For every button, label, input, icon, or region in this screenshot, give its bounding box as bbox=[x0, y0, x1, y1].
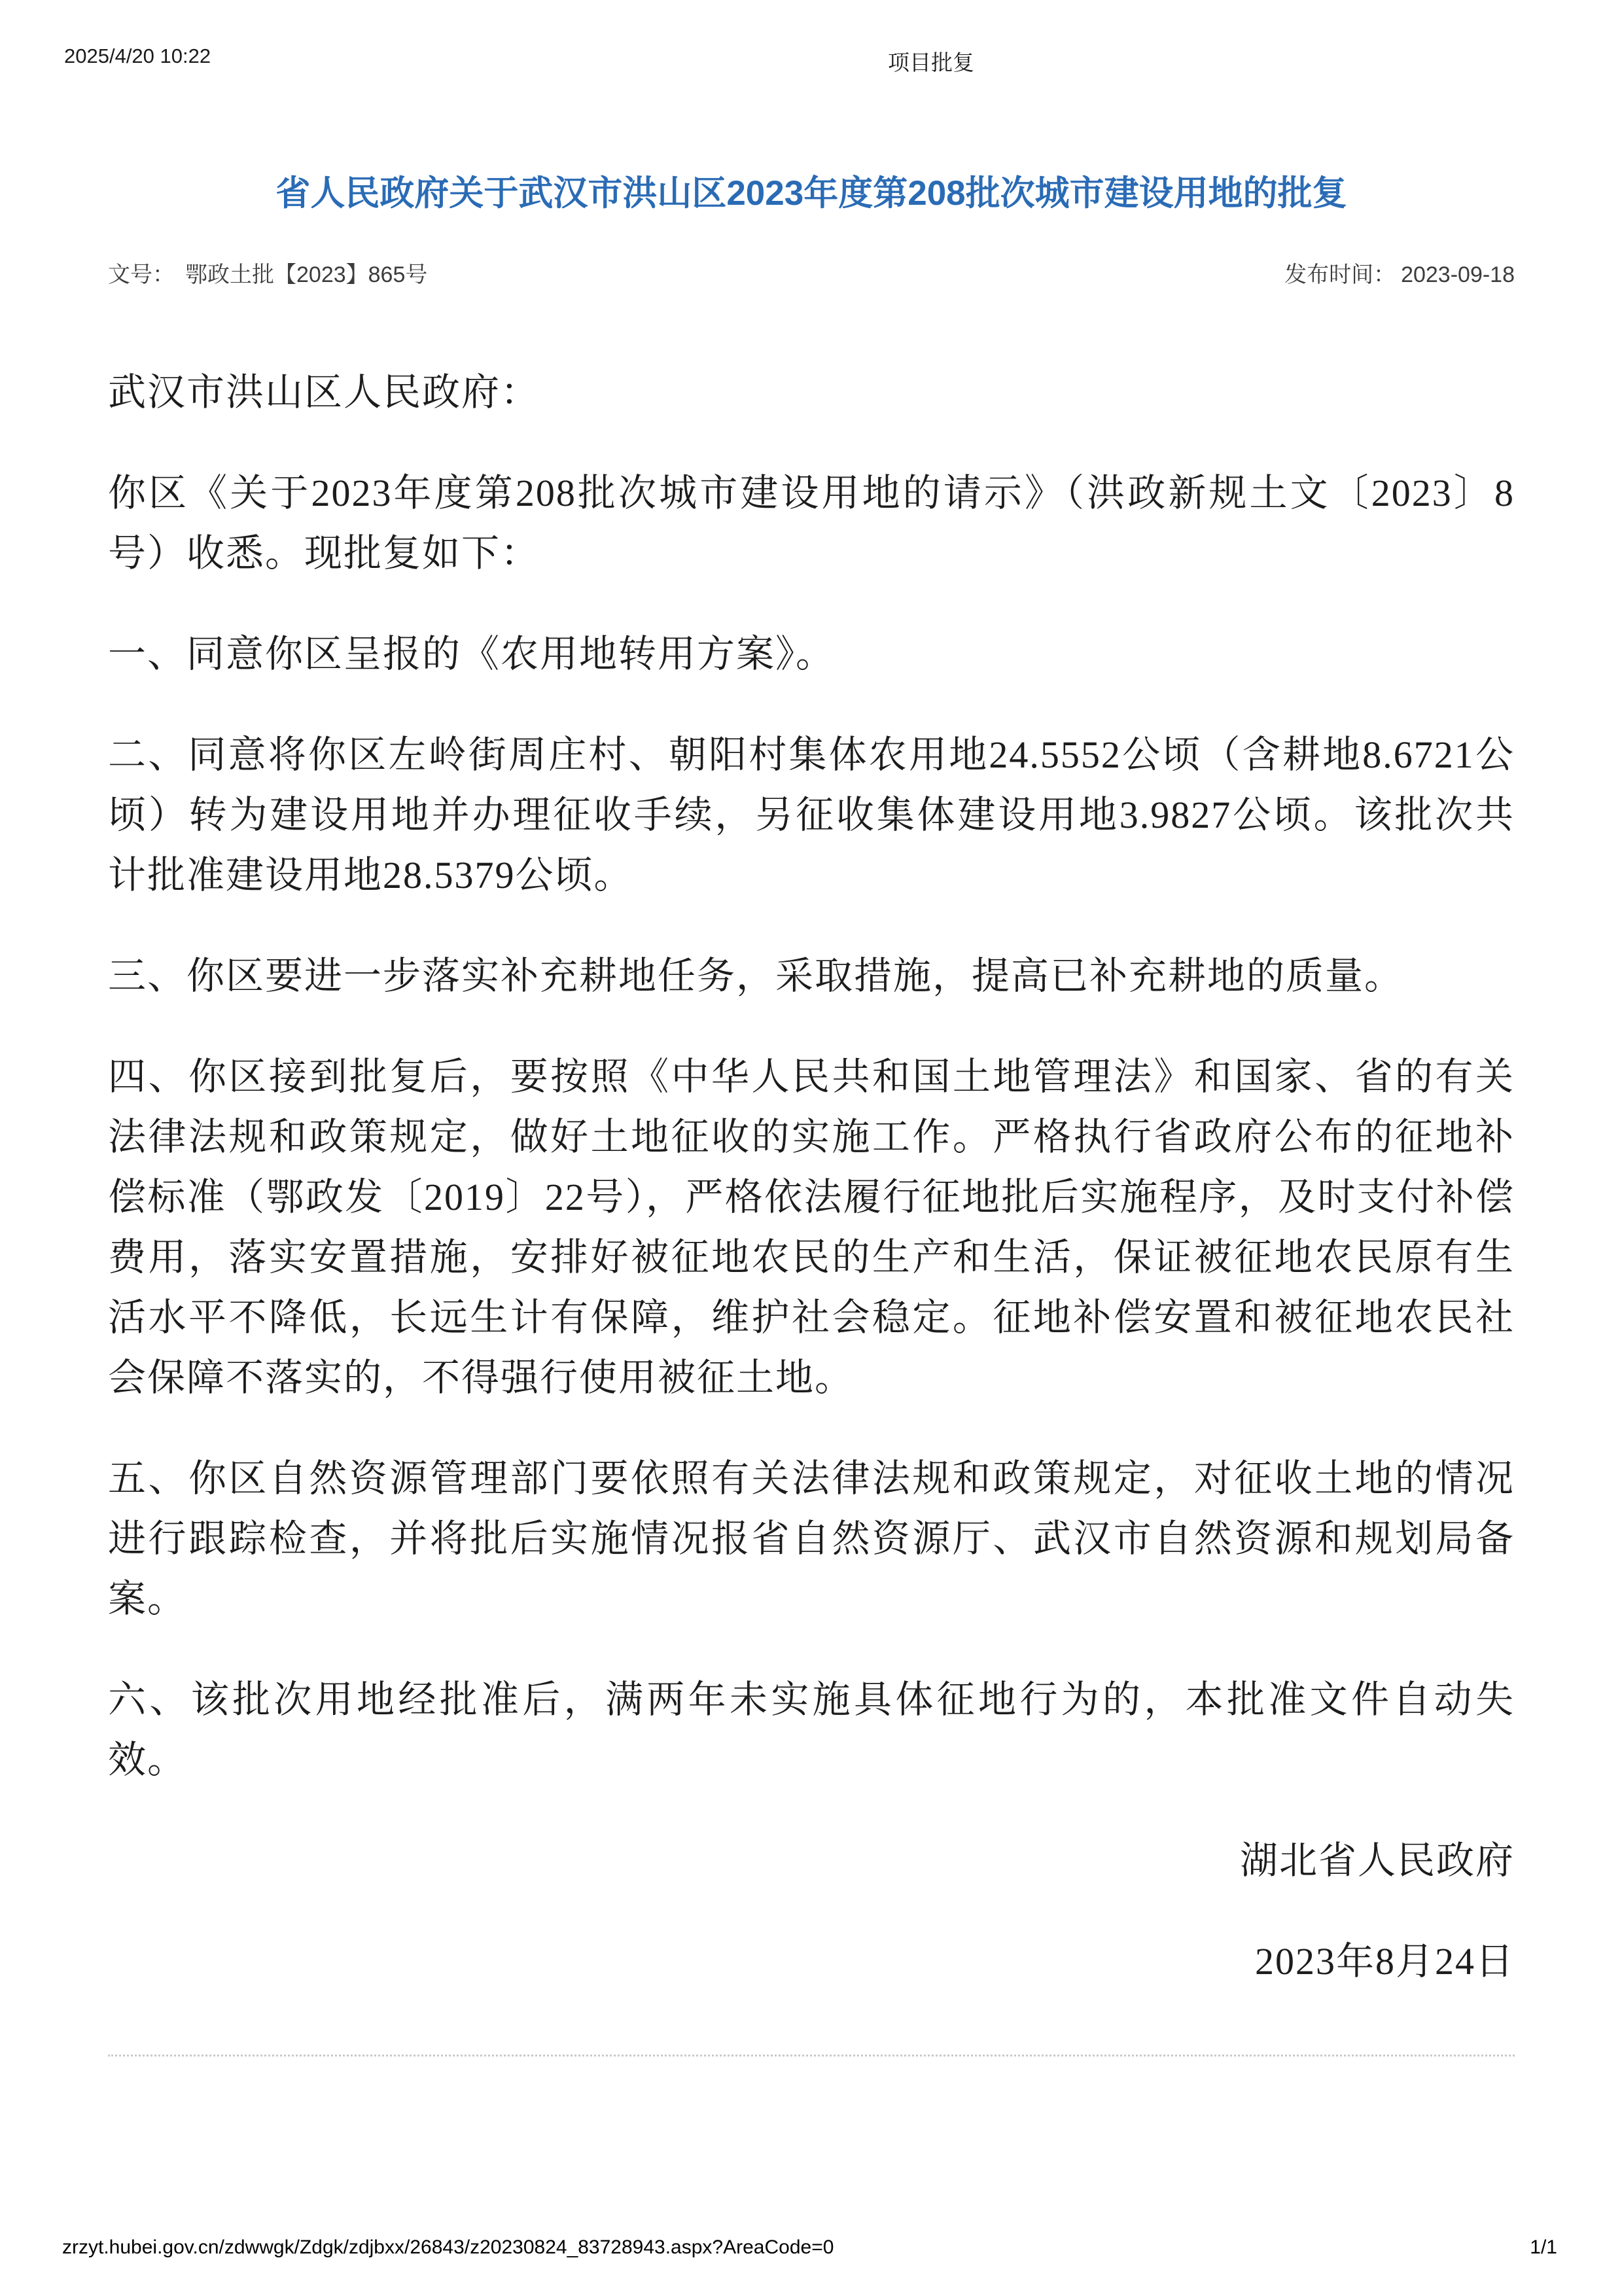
item-4-paragraph: 四、你区接到批复后，要按照《中华人民共和国土地管理法》和国家、省的有关法律法规和… bbox=[108, 1047, 1515, 1408]
document-body: 武汉市洪山区人民政府： 你区《关于2023年度第208批次城市建设用地的请示》（… bbox=[108, 362, 1515, 2057]
document: 省人民政府关于武汉市洪山区2023年度第208批次城市建设用地的批复 文号： 鄂… bbox=[108, 0, 1515, 2057]
document-title: 省人民政府关于武汉市洪山区2023年度第208批次城市建设用地的批复 bbox=[108, 174, 1515, 213]
publish-date: 发布时间： 2023-09-18 bbox=[1284, 262, 1515, 288]
item-3-paragraph: 三、你区要进一步落实补充耕地任务，采取措施，提高已补充耕地的质量。 bbox=[108, 946, 1515, 1006]
meta-row: 文号： 鄂政土批【2023】865号 发布时间： 2023-09-18 bbox=[108, 262, 1515, 288]
publish-date-value: 2023-09-18 bbox=[1401, 262, 1515, 288]
salutation-paragraph: 武汉市洪山区人民政府： bbox=[108, 362, 1515, 423]
item-1-paragraph: 一、同意你区呈报的《农用地转用方案》。 bbox=[108, 624, 1515, 684]
item-5-paragraph: 五、你区自然资源管理部门要依照有关法律法规和政策规定，对征收土地的情况进行跟踪检… bbox=[108, 1449, 1515, 1629]
bottom-divider bbox=[108, 2055, 1515, 2057]
doc-number-value: 鄂政土批【2023】865号 bbox=[185, 262, 427, 288]
item-6-paragraph: 六、该批次用地经批准后，满两年未实施具体征地行为的，本批准文件自动失效。 bbox=[108, 1670, 1515, 1790]
doc-number-label: 文号： bbox=[108, 262, 175, 288]
print-footer-page-number: 1/1 bbox=[1530, 2236, 1557, 2259]
print-footer-url: zrzyt.hubei.gov.cn/zdwwgk/Zdgk/zdjbxx/26… bbox=[62, 2236, 834, 2259]
signature-date: 2023年8月24日 bbox=[108, 1932, 1515, 1992]
publish-date-label: 发布时间： bbox=[1284, 262, 1396, 288]
item-2-paragraph: 二、同意将你区左岭街周庄村、朝阳村集体农用地24.5552公顷（含耕地8.672… bbox=[108, 725, 1515, 906]
intro-paragraph: 你区《关于2023年度第208批次城市建设用地的请示》（洪政新规土文〔2023〕… bbox=[108, 463, 1515, 584]
doc-number: 文号： 鄂政土批【2023】865号 bbox=[108, 262, 427, 288]
page: { "print_header": { "timestamp": "2025/4… bbox=[0, 0, 1622, 2296]
signature: 湖北省人民政府 bbox=[108, 1831, 1515, 1891]
